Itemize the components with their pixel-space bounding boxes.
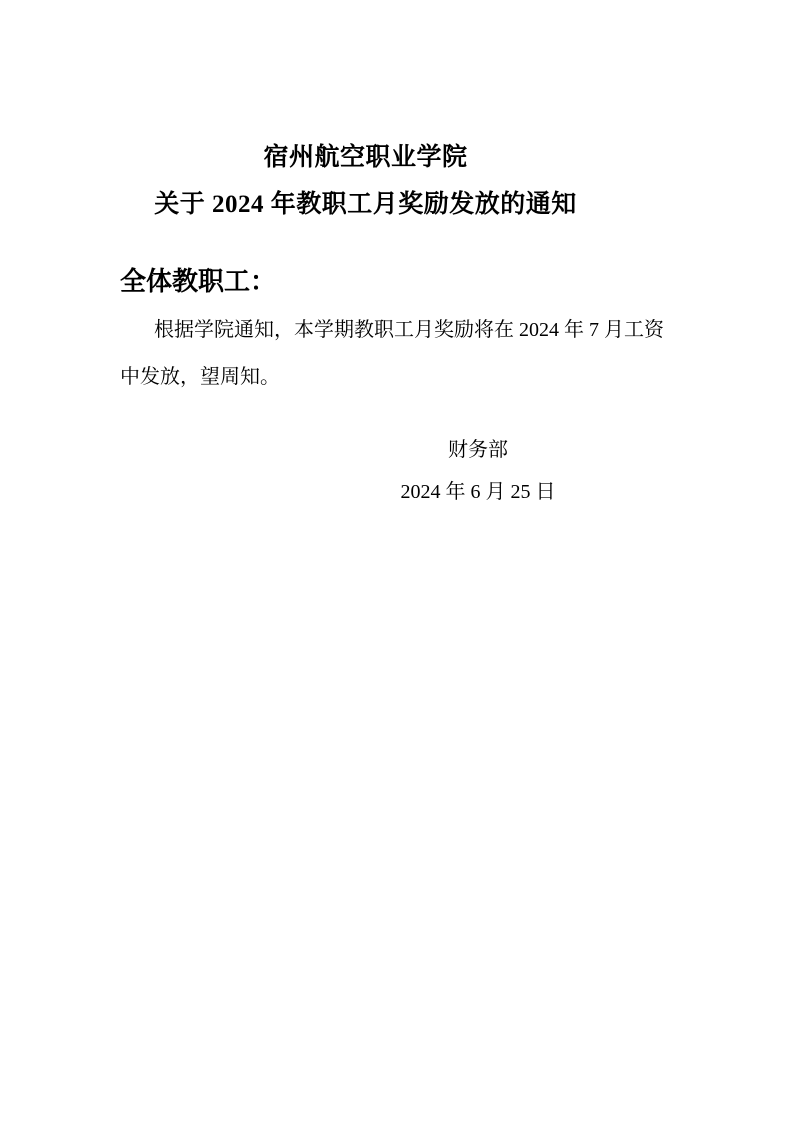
document-content: 宿州航空职业学院 关于 2024 年教职工月奖励发放的通知 全体教职工： 根据学… xyxy=(0,0,793,513)
body-line-2: 中发放，望周知。 xyxy=(120,354,673,401)
notice-title: 关于 2024 年教职工月奖励发放的通知 xyxy=(120,190,611,220)
title-block: 宿州航空职业学院 关于 2024 年教职工月奖励发放的通知 xyxy=(120,143,673,220)
body-paragraph: 根据学院通知，本学期教职工月奖励将在 2024 年 7 月工资 中发放，望周知。 xyxy=(120,307,673,401)
document-page: 宿州航空职业学院 关于 2024 年教职工月奖励发放的通知 全体教职工： 根据学… xyxy=(0,0,793,1122)
signature-department: 财务部 xyxy=(338,429,618,471)
salutation: 全体教职工： xyxy=(120,266,673,297)
body-line-1: 根据学院通知，本学期教职工月奖励将在 2024 年 7 月工资 xyxy=(120,307,673,354)
signature-date: 2024 年 6 月 25 日 xyxy=(338,471,618,513)
org-name-title: 宿州航空职业学院 xyxy=(120,143,611,173)
signature-block: 财务部 2024 年 6 月 25 日 xyxy=(338,429,618,513)
